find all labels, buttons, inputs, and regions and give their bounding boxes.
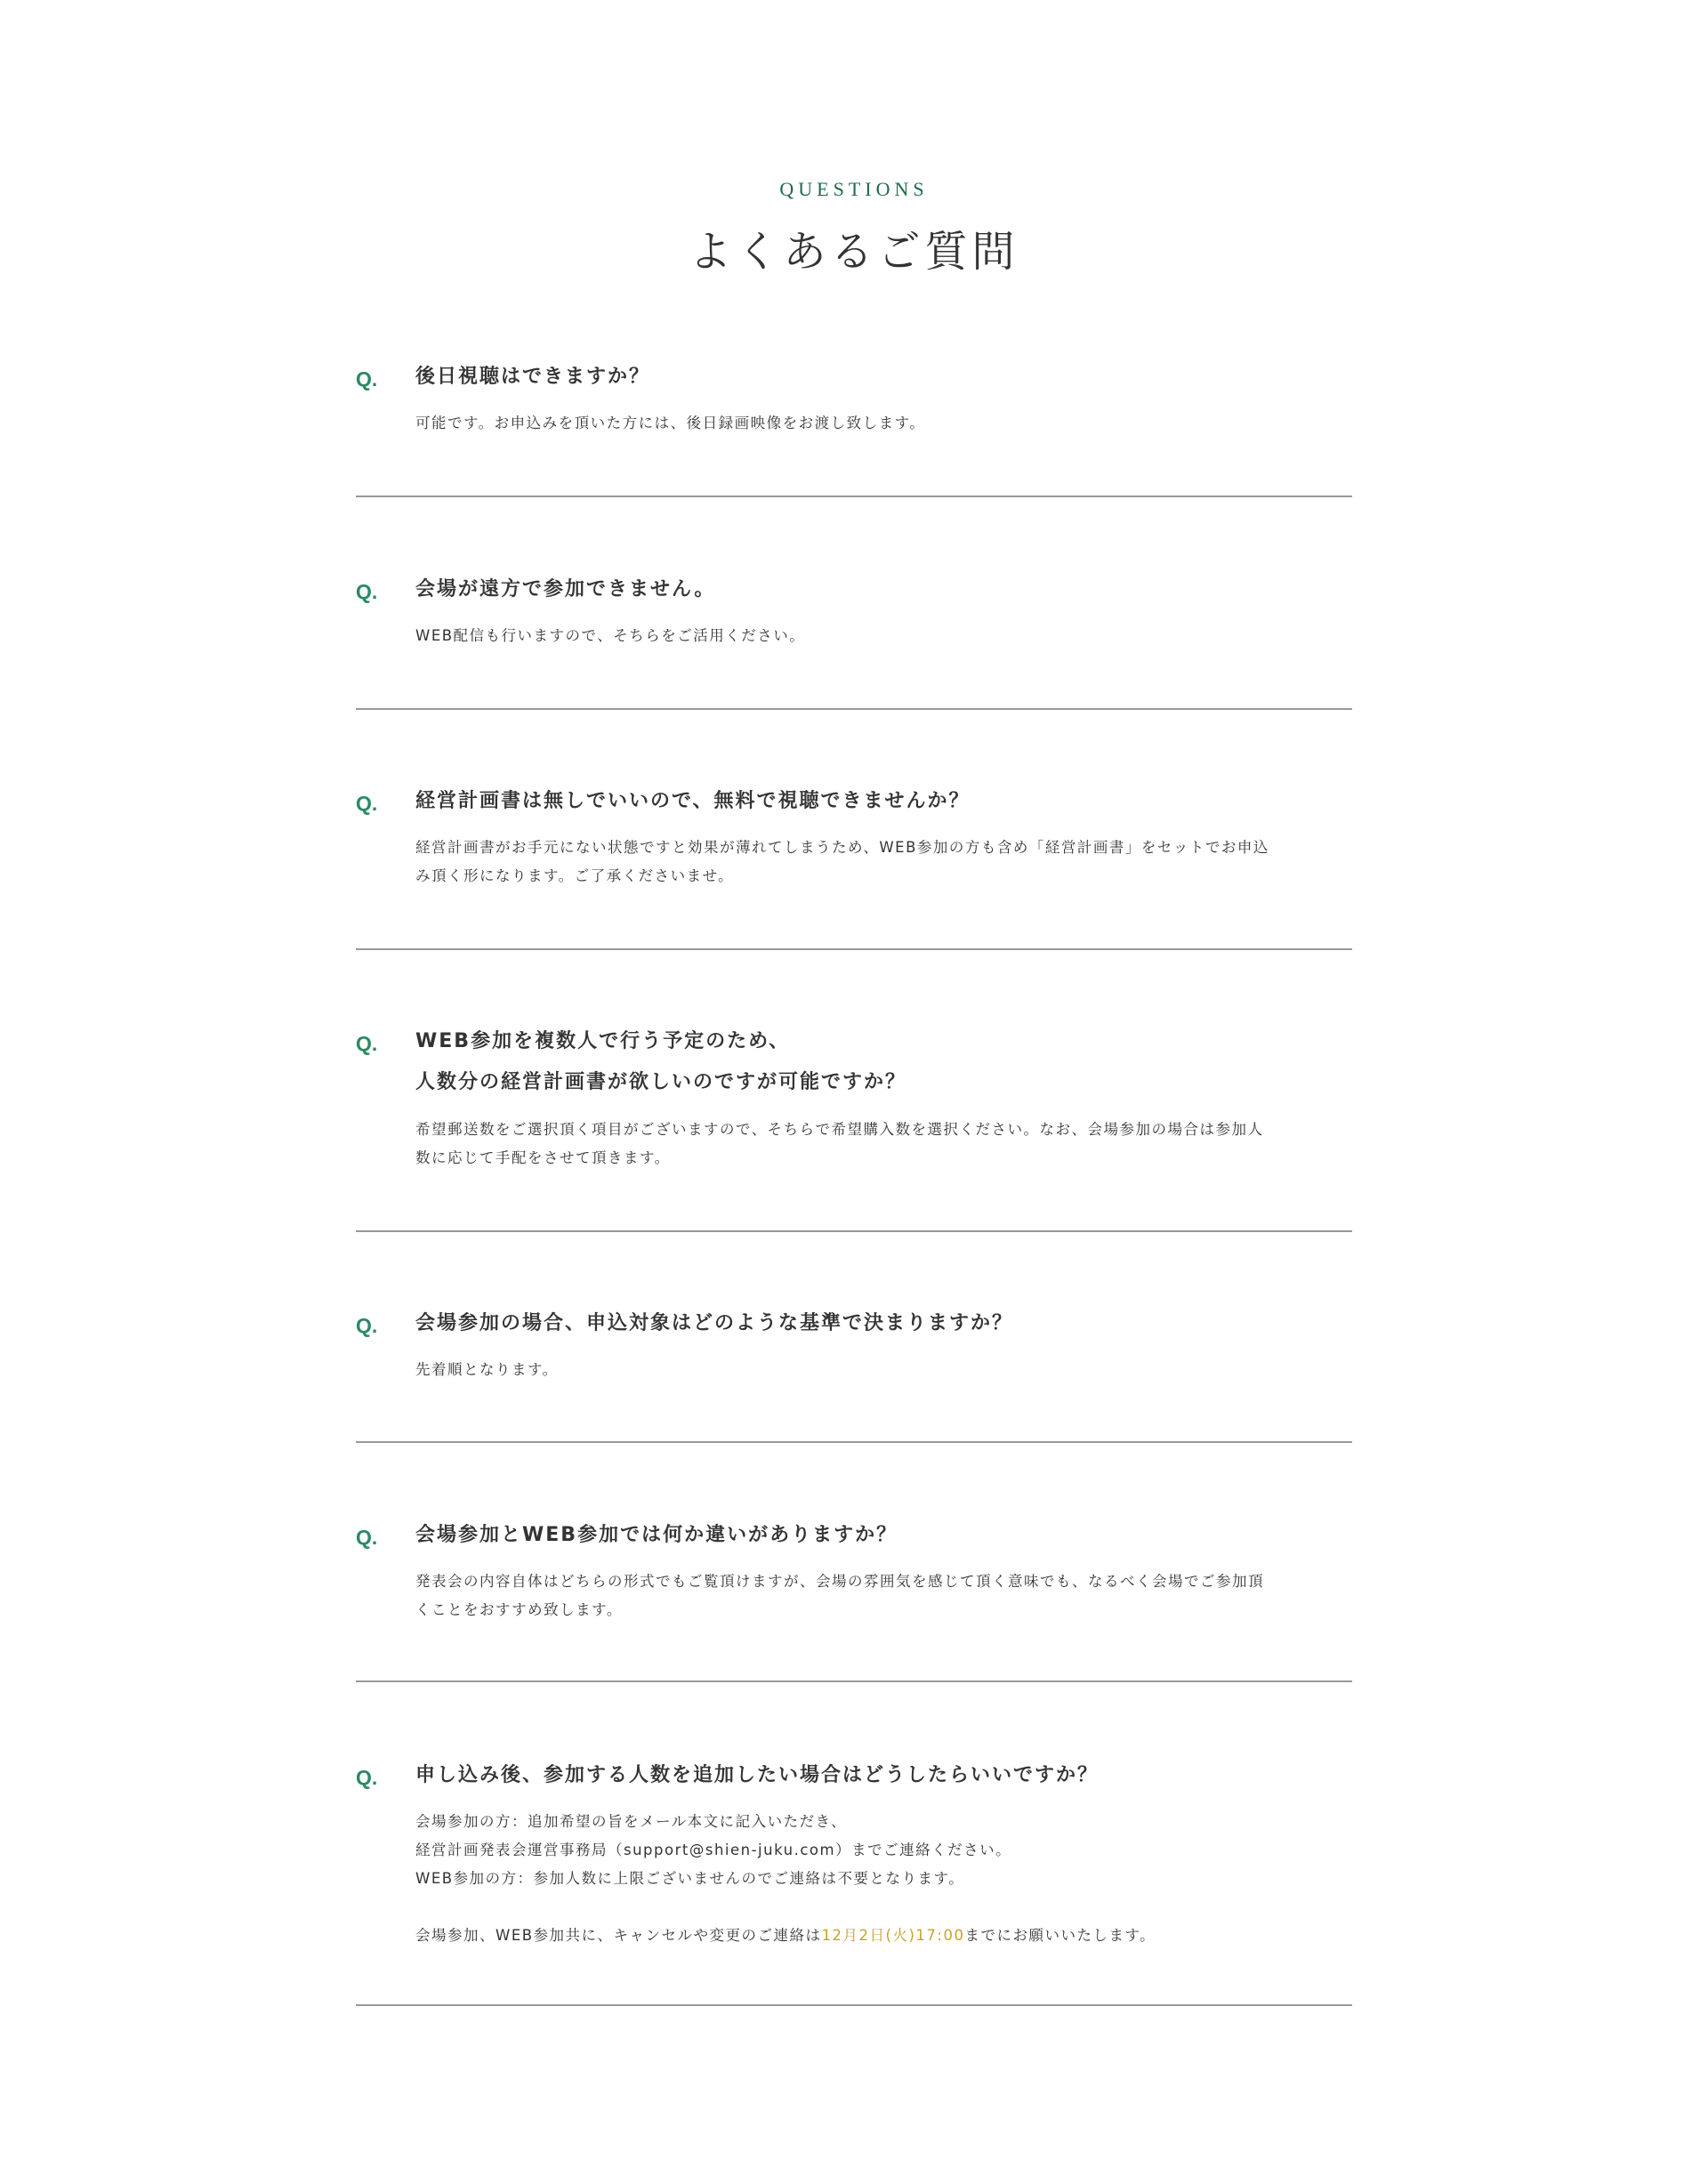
q-mark-icon: Q. (356, 1526, 377, 1550)
question-text: 会場参加の場合、申込対象はどのような基準で決まりますか？ (415, 1303, 1349, 1344)
question-text: 会場が遠方で参加できません。 (415, 569, 1349, 610)
q-mark-icon: Q. (356, 367, 377, 391)
question-text: 後日視聴はできますか？ (415, 357, 1349, 398)
divider (356, 2004, 1352, 2006)
question-text: 経営計画書は無しでいいので、無料で視聴できませんか？ (415, 781, 1349, 822)
faq-answer: WEB配信も行いますので、そちらをご活用ください。 (415, 622, 1349, 650)
deadline-note: 会場参加、WEB参加共に、キャンセルや変更のご連絡は12月2日(火)17:00ま… (415, 1922, 1349, 1950)
faq-answer: 希望郵送数をご選択頂く項目がございますので、そちらで希望購入数を選択ください。な… (415, 1116, 1349, 1173)
q-mark-icon: Q. (356, 1314, 377, 1338)
faq-answer: 可能です。お申込みを頂いた方には、後日録画映像をお渡し致します。 (415, 409, 1349, 438)
divider (356, 1441, 1352, 1443)
divider (356, 948, 1352, 950)
section-eyebrow: QUESTIONS (0, 178, 1708, 201)
faq-answer: 会場参加の方：追加希望の旨をメール本文に記入いただき、 経営計画発表会運営事務局… (415, 1808, 1349, 1950)
divider (356, 708, 1352, 710)
question-text: 会場参加とWEB参加では何か違いがありますか？ (415, 1515, 1349, 1556)
q-mark-icon: Q. (356, 792, 377, 816)
deadline-highlight: 12月2日(火)17:00 (822, 1927, 965, 1944)
page-title: よくあるご質問 (0, 217, 1708, 278)
q-mark-icon: Q. (356, 1032, 377, 1056)
faq-answer: 発表会の内容自体はどちらの形式でもご覧頂けますが、会場の雰囲気を感じて頂く意味で… (415, 1567, 1349, 1624)
divider (356, 1230, 1352, 1232)
question-text: 申し込み後、参加する人数を追加したい場合はどうしたらいいですか？ (415, 1755, 1349, 1796)
q-mark-icon: Q. (356, 580, 377, 604)
divider (356, 496, 1352, 497)
divider (356, 1680, 1352, 1682)
q-mark-icon: Q. (356, 1766, 377, 1790)
question-text: WEB参加を複数人で行う予定のため、 人数分の経営計画書が欲しいのですが可能です… (415, 1021, 1349, 1103)
faq-answer: 先着順となります。 (415, 1356, 1349, 1384)
faq-answer: 経営計画書がお手元にない状態ですと効果が薄れてしまうため、WEB参加の方も含め「… (415, 834, 1349, 891)
